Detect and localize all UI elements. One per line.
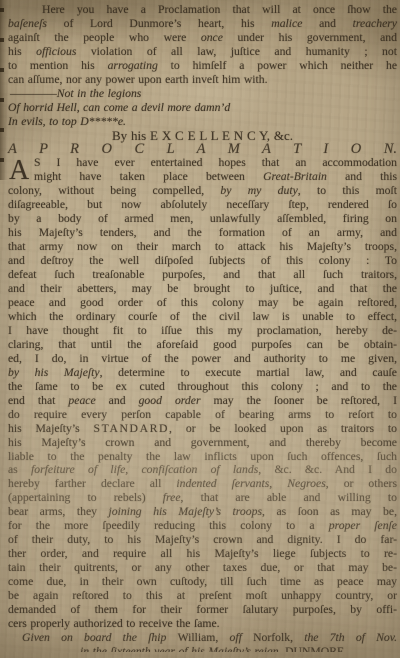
text-run: violation of all law, juſtice and humani… bbox=[76, 45, 397, 58]
italic-run: joining his Majeſty’s troops bbox=[109, 505, 262, 518]
text-run: cers properly authorized to receive the … bbox=[8, 617, 220, 630]
italic-run: peace bbox=[68, 394, 95, 407]
text-run: , &c. &c. And I do bbox=[258, 463, 397, 476]
text-line: (appertaining to rebels) free, that are … bbox=[8, 491, 397, 505]
text-run: to himſelf a power which neither he bbox=[158, 59, 397, 72]
text-run: , to this moſt bbox=[298, 184, 397, 197]
text-line: of their duty, to his Majeſty’s crown an… bbox=[8, 533, 397, 547]
text-line: which the ordinary courſe of the civil l… bbox=[8, 310, 397, 324]
text-line: peace and good order of this colony may … bbox=[8, 296, 397, 310]
italic-run: Negroes bbox=[287, 477, 326, 490]
italic-run: Great-Britain bbox=[263, 170, 327, 183]
text-run: diſagreeable, but now abſolutely neceſſa… bbox=[8, 198, 397, 211]
text-line: might have taken place between Great-Bri… bbox=[8, 170, 397, 184]
text-run: STANDARD bbox=[94, 422, 170, 435]
text-run: his Majeſty’s tenders, and the formation… bbox=[8, 226, 397, 239]
text-run: defeat ſuch treaſonable purpoſes, and th… bbox=[8, 268, 397, 281]
text-run: can aſſume, nor any power upon earth inv… bbox=[8, 73, 268, 86]
text-run: liable to the penalty the law inflicts u… bbox=[8, 450, 397, 463]
text-line: can aſſume, nor any power upon earth inv… bbox=[8, 73, 397, 87]
text-run: demanded of them for their former ſaluta… bbox=[8, 603, 397, 616]
proclamation-paragraph: AS I have ever entertained hopes that an… bbox=[8, 156, 397, 630]
text-line: Given on board the ſhip William, off Nor… bbox=[8, 631, 397, 645]
italic-run: the 7th of Nov. bbox=[304, 631, 397, 644]
text-run: ther order, and require all his Majeſty’… bbox=[8, 547, 397, 560]
text-run: , or be looked upon as traitors to bbox=[169, 422, 397, 435]
italic-run: off bbox=[218, 631, 253, 644]
text-run: do require every perſon capable of beari… bbox=[8, 408, 397, 421]
italic-run: proper ſenſe bbox=[329, 519, 397, 532]
text-run: that army now on their march to attack h… bbox=[8, 240, 397, 253]
intro-paragraph: Here you have a Proclamation that will a… bbox=[8, 3, 397, 87]
text-line: A P R O C L A M A T I O N. bbox=[8, 143, 397, 157]
text-line: In evils, to top D*****e. bbox=[8, 115, 397, 129]
italic-run: baſeneſs bbox=[8, 17, 47, 30]
dateline: Given on board the ſhip William, off Nor… bbox=[8, 631, 397, 645]
text-run: , or others bbox=[326, 477, 397, 490]
text-run: and their abetters, may be brought to ju… bbox=[8, 282, 397, 295]
left-edge-print-marks bbox=[0, 8, 4, 168]
text-run: come due, in their own cuſtody, till ſuc… bbox=[8, 575, 397, 588]
text-run: William, bbox=[178, 631, 219, 644]
text-run: for the more ſpeedily reducing this colo… bbox=[8, 519, 329, 532]
text-line: end that peace and good order may the ſo… bbox=[8, 394, 397, 408]
text-run: , determine to execute martial law, and … bbox=[100, 366, 397, 379]
italic-run: Given on board the ſhip bbox=[22, 631, 178, 644]
text-line: that army now on their march to attack h… bbox=[8, 240, 397, 254]
text-run: Norfolk, bbox=[253, 631, 293, 644]
text-run: againſt the people who were bbox=[8, 31, 201, 44]
text-run: be again reſtored to this at preſent moſ… bbox=[8, 589, 397, 602]
text-run: I have thought fit to iſſue this my proc… bbox=[8, 324, 397, 337]
text-run: S I have ever entertained hopes that an … bbox=[34, 156, 397, 169]
text-run: , bbox=[269, 477, 287, 490]
text-run: which the ordinary courſe of the civil l… bbox=[8, 310, 397, 323]
text-run: ed, I do, in virtue of the power and aut… bbox=[8, 352, 397, 365]
text-line: his Majeſty’s tenders, and the formation… bbox=[8, 226, 397, 240]
text-line: do require every perſon capable of beari… bbox=[8, 408, 397, 422]
text-run: his Majeſty’s bbox=[8, 422, 94, 435]
text-line: his Majeſty’s crown and government, and … bbox=[8, 436, 397, 450]
text-line: hereby farther declare all indented ſerv… bbox=[8, 477, 397, 491]
text-line: for the more ſpeedily reducing this colo… bbox=[8, 519, 397, 533]
italic-run: Of horrid Hell, can come a devil more da… bbox=[8, 101, 230, 114]
italic-run: forfeiture of life, confiſcation of land… bbox=[31, 463, 258, 476]
text-run bbox=[293, 631, 304, 644]
text-line: by a body of armed men, unlawfully aſſem… bbox=[8, 212, 397, 226]
text-run: , that are able and willing to bbox=[181, 491, 397, 504]
text-line: as forfeiture of life, confiſcation of l… bbox=[8, 463, 397, 477]
text-run: may the ſooner be reſtored, I bbox=[201, 394, 398, 407]
text-run: DUNMORE. bbox=[285, 645, 347, 652]
text-line: claring, that until the aforeſaid good p… bbox=[8, 338, 397, 352]
text-line: colony, without being compelled, by my d… bbox=[8, 184, 397, 198]
text-run: A P R O C L A M A T I O N. bbox=[8, 141, 397, 157]
text-line: ————Not in the legions bbox=[8, 87, 397, 101]
newspaper-column: Here you have a Proclamation that will a… bbox=[8, 3, 397, 652]
text-line: the ſame to be ex cuted throughout this … bbox=[8, 380, 397, 394]
text-run: colony, without being compelled, bbox=[8, 184, 220, 197]
text-line: his Majeſty’s STANDARD, or be looked upo… bbox=[8, 422, 397, 436]
text-run: to mention his bbox=[8, 59, 108, 72]
text-run: as bbox=[8, 463, 31, 476]
text-run: Here you have a Proclamation that will a… bbox=[42, 3, 397, 16]
text-line: againſt the people who were once under h… bbox=[8, 31, 397, 45]
text-run: , as ſoon as may be, bbox=[262, 505, 397, 518]
text-run: bear arms, they bbox=[8, 505, 109, 518]
text-run: under his government, and bbox=[223, 31, 397, 44]
text-run: his Majeſty’s crown and government, and … bbox=[8, 436, 397, 449]
italic-run: by his Majeſty bbox=[8, 366, 100, 379]
text-line: in the ſixteenth year of his Majeſty’s r… bbox=[8, 645, 397, 652]
text-line: come due, in their own cuſtody, till ſuc… bbox=[8, 575, 397, 589]
text-run: peace and good order of this colony may … bbox=[8, 296, 397, 309]
text-line: by his Majeſty, determine to execute mar… bbox=[8, 366, 397, 380]
text-line: ther order, and require all his Majeſty’… bbox=[8, 547, 397, 561]
colophon-cutoff-line: in the ſixteenth year of his Majeſty’s r… bbox=[8, 645, 397, 652]
document-page: Here you have a Proclamation that will a… bbox=[0, 0, 400, 658]
text-run: and deſtroy the well diſpoſed ſubjects o… bbox=[8, 254, 397, 267]
text-line: diſagreeable, but now abſolutely neceſſa… bbox=[8, 198, 397, 212]
text-run: claring, that until the aforeſaid good p… bbox=[8, 338, 397, 351]
text-run: and bbox=[302, 17, 352, 30]
italic-run: indented ſervants bbox=[176, 477, 269, 490]
text-line: Of horrid Hell, can come a devil more da… bbox=[8, 101, 397, 115]
text-run: and this bbox=[327, 170, 397, 183]
text-line: Here you have a Proclamation that will a… bbox=[8, 3, 397, 17]
text-line: I have thought fit to iſſue this my proc… bbox=[8, 324, 397, 338]
text-line: cers properly authorized to receive the … bbox=[8, 617, 397, 631]
text-run: of their duty, to his Majeſty’s crown an… bbox=[8, 533, 397, 546]
text-line: demanded of them for their former ſaluta… bbox=[8, 603, 397, 617]
text-run: hereby farther declare all bbox=[8, 477, 176, 490]
italic-run: arrogating bbox=[108, 59, 158, 72]
text-line: to mention his arrogating to himſelf a p… bbox=[8, 59, 397, 73]
italic-run: officious bbox=[36, 45, 76, 58]
italic-run: good order bbox=[139, 394, 201, 407]
text-line: ed, I do, in virtue of the power and aut… bbox=[8, 352, 397, 366]
italic-run: treachery bbox=[353, 17, 397, 30]
text-line: tain their quitrents, or any other taxes… bbox=[8, 561, 397, 575]
italic-run: malice bbox=[271, 17, 302, 30]
text-line: defeat ſuch treaſonable purpoſes, and th… bbox=[8, 268, 397, 282]
text-run: his bbox=[8, 45, 36, 58]
italic-run: once bbox=[201, 31, 223, 44]
text-run: by a body of armed men, unlawfully aſſem… bbox=[8, 212, 397, 225]
italic-run: by my duty bbox=[220, 184, 297, 197]
text-run: ———— bbox=[10, 87, 57, 100]
text-run: end that bbox=[8, 394, 68, 407]
italic-run: In evils, to top D*****e. bbox=[8, 115, 126, 128]
verse-quotation: ————Not in the legionsOf horrid Hell, ca… bbox=[8, 87, 397, 129]
text-line: and their abetters, may be brought to ju… bbox=[8, 282, 397, 296]
text-line: bear arms, they joining his Majeſty’s tr… bbox=[8, 505, 397, 519]
text-run: and bbox=[96, 394, 139, 407]
italic-run: free bbox=[163, 491, 181, 504]
italic-run: Not in the legions bbox=[57, 87, 142, 100]
text-line: baſeneſs of Lord Dunmore’s heart, his ma… bbox=[8, 17, 397, 31]
text-run: of Lord Dunmore’s heart, his bbox=[47, 17, 271, 30]
text-run: tain their quitrents, or any other taxes… bbox=[8, 561, 397, 574]
text-line: liable to the penalty the law inflicts u… bbox=[8, 450, 397, 464]
text-line: and deſtroy the well diſpoſed ſubjects o… bbox=[8, 254, 397, 268]
text-run: the ſame to be ex cuted throughout this … bbox=[8, 380, 397, 393]
text-line: his officious violation of all law, juſt… bbox=[8, 45, 397, 59]
heading-proclamation: A P R O C L A M A T I O N. bbox=[8, 143, 397, 157]
text-line: be again reſtored to this at preſent moſ… bbox=[8, 589, 397, 603]
text-run: (appertaining to rebels) bbox=[8, 491, 163, 504]
text-run: might have taken place between bbox=[34, 170, 263, 183]
text-line: S I have ever entertained hopes that an … bbox=[8, 156, 397, 170]
italic-run: in the ſixteenth year of his Majeſty’s r… bbox=[80, 645, 285, 652]
